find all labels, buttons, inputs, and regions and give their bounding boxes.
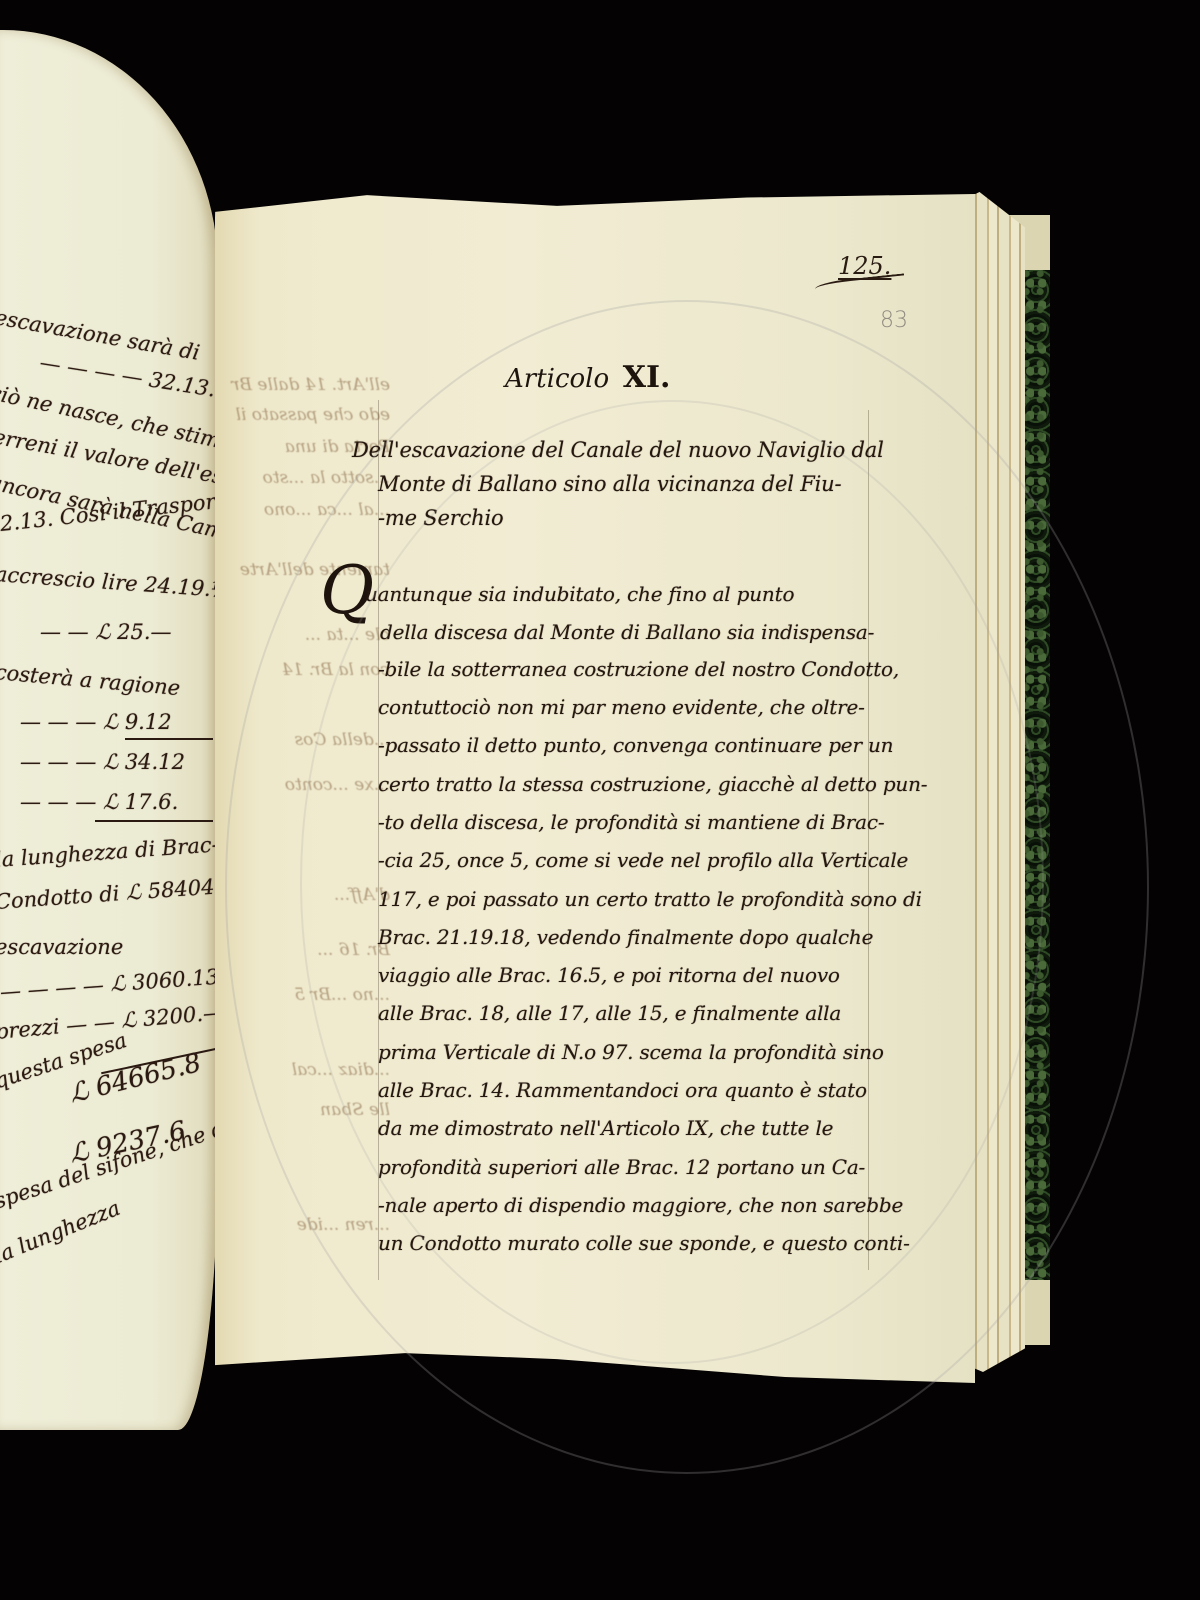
body-line: profondità superiori alle Brac. 12 porta… bbox=[378, 1155, 865, 1179]
bleed-line: ...diaz ...cal bbox=[240, 1060, 390, 1080]
manuscript-scan: escavazione sarà di — — — — 32.13. ciò n… bbox=[0, 0, 1200, 1600]
body-line: alle Brac. 14. Rammentandoci ora quanto … bbox=[378, 1078, 867, 1102]
bleed-line: ...della Cos bbox=[240, 730, 390, 750]
left-line: — — — ℒ 17.6. bbox=[20, 790, 178, 814]
margin-rule-left bbox=[378, 400, 379, 1280]
bleed-line: edo che passato il bbox=[240, 405, 390, 425]
margin-rule-right bbox=[868, 410, 869, 1270]
subtitle-line: Dell'escavazione del Canale del nuovo Na… bbox=[352, 438, 884, 462]
body-line: contuttociò non mi par meno evidente, ch… bbox=[378, 695, 865, 719]
left-line: — — — ℒ 9.12 bbox=[20, 710, 172, 734]
bleed-line: ...xe ...conto bbox=[240, 775, 390, 795]
sum-rule bbox=[125, 738, 213, 740]
marbled-cover bbox=[1022, 270, 1050, 1280]
folio-number-pencil: 83 bbox=[880, 308, 908, 333]
bleed-line: Br. 16 ... bbox=[240, 940, 390, 960]
body-line: uantunque sia indubitato, che fino al pu… bbox=[365, 582, 794, 606]
left-line: Condotto di ℒ 58404.16 bbox=[0, 872, 249, 914]
left-page: escavazione sarà di — — — — 32.13. ciò n… bbox=[0, 30, 218, 1430]
left-line: spesa del sifone, che dà bbox=[0, 1112, 240, 1213]
left-line: — — — ℒ 34.12 bbox=[20, 750, 185, 774]
left-line: — — — — ℒ 3060.13 bbox=[0, 965, 220, 1004]
body-line: un Condotto murato colle sue sponde, e q… bbox=[378, 1231, 910, 1255]
body-line: viaggio alle Brac. 16.5, e poi ritorna d… bbox=[378, 963, 840, 987]
body-line: prima Verticale di N.o 97. scema la prof… bbox=[378, 1040, 884, 1064]
bleed-line: ...al ...ca ...ono bbox=[240, 500, 390, 520]
body-line: -passato il detto punto, convenga contin… bbox=[378, 733, 893, 757]
bleed-line: ell'Art. 14 dalle Br bbox=[240, 375, 390, 395]
body-line: -to della discesa, le profondità si mant… bbox=[378, 810, 884, 834]
body-line: certo tratto la stessa costruzione, giac… bbox=[378, 772, 927, 796]
left-line: escavazione sarà di bbox=[0, 305, 202, 365]
article-word: Articolo bbox=[505, 364, 609, 394]
body-line: da me dimostrato nell'Articolo IX, che t… bbox=[378, 1116, 833, 1140]
bleed-line: con la Br. 14 bbox=[240, 660, 390, 680]
body-line: -cia 25, once 5, come si vede nel profil… bbox=[378, 848, 908, 872]
article-numeral: XI. bbox=[623, 360, 671, 395]
body-line: -nale aperto di dispendio maggiore, che … bbox=[378, 1193, 903, 1217]
left-line: — — ℒ 25.— bbox=[40, 620, 172, 644]
bleed-line: lle Sban bbox=[240, 1100, 390, 1120]
bleed-line: ...ren ...ide bbox=[240, 1215, 390, 1235]
article-heading: Articolo XI. bbox=[505, 360, 670, 395]
bleed-line: ...sotto la ...sto bbox=[240, 468, 390, 488]
body-line: 117, e poi passato un certo tratto le pr… bbox=[378, 887, 922, 911]
bleed-line: ...no ...Br 5 bbox=[240, 985, 390, 1005]
left-line: la lunghezza di Brac- bbox=[0, 832, 219, 872]
bleed-line: d'Aff... bbox=[240, 885, 390, 905]
left-line: costerà a ragione bbox=[0, 660, 181, 700]
body-line: alle Brac. 18, alle 17, alle 15, e final… bbox=[378, 1001, 841, 1025]
left-line: escavazione bbox=[0, 935, 123, 959]
body-line: -bile la sotterranea costruzione del nos… bbox=[378, 657, 899, 681]
body-line: della discesa dal Monte di Ballano sia i… bbox=[380, 620, 874, 644]
subtitle-line: Monte di Ballano sino alla vicinanza del… bbox=[378, 472, 841, 496]
body-line: Brac. 21.19.18, vedendo finalmente dopo … bbox=[378, 925, 873, 949]
subtitle-line: -me Serchio bbox=[378, 506, 503, 530]
sum-rule bbox=[95, 820, 213, 822]
